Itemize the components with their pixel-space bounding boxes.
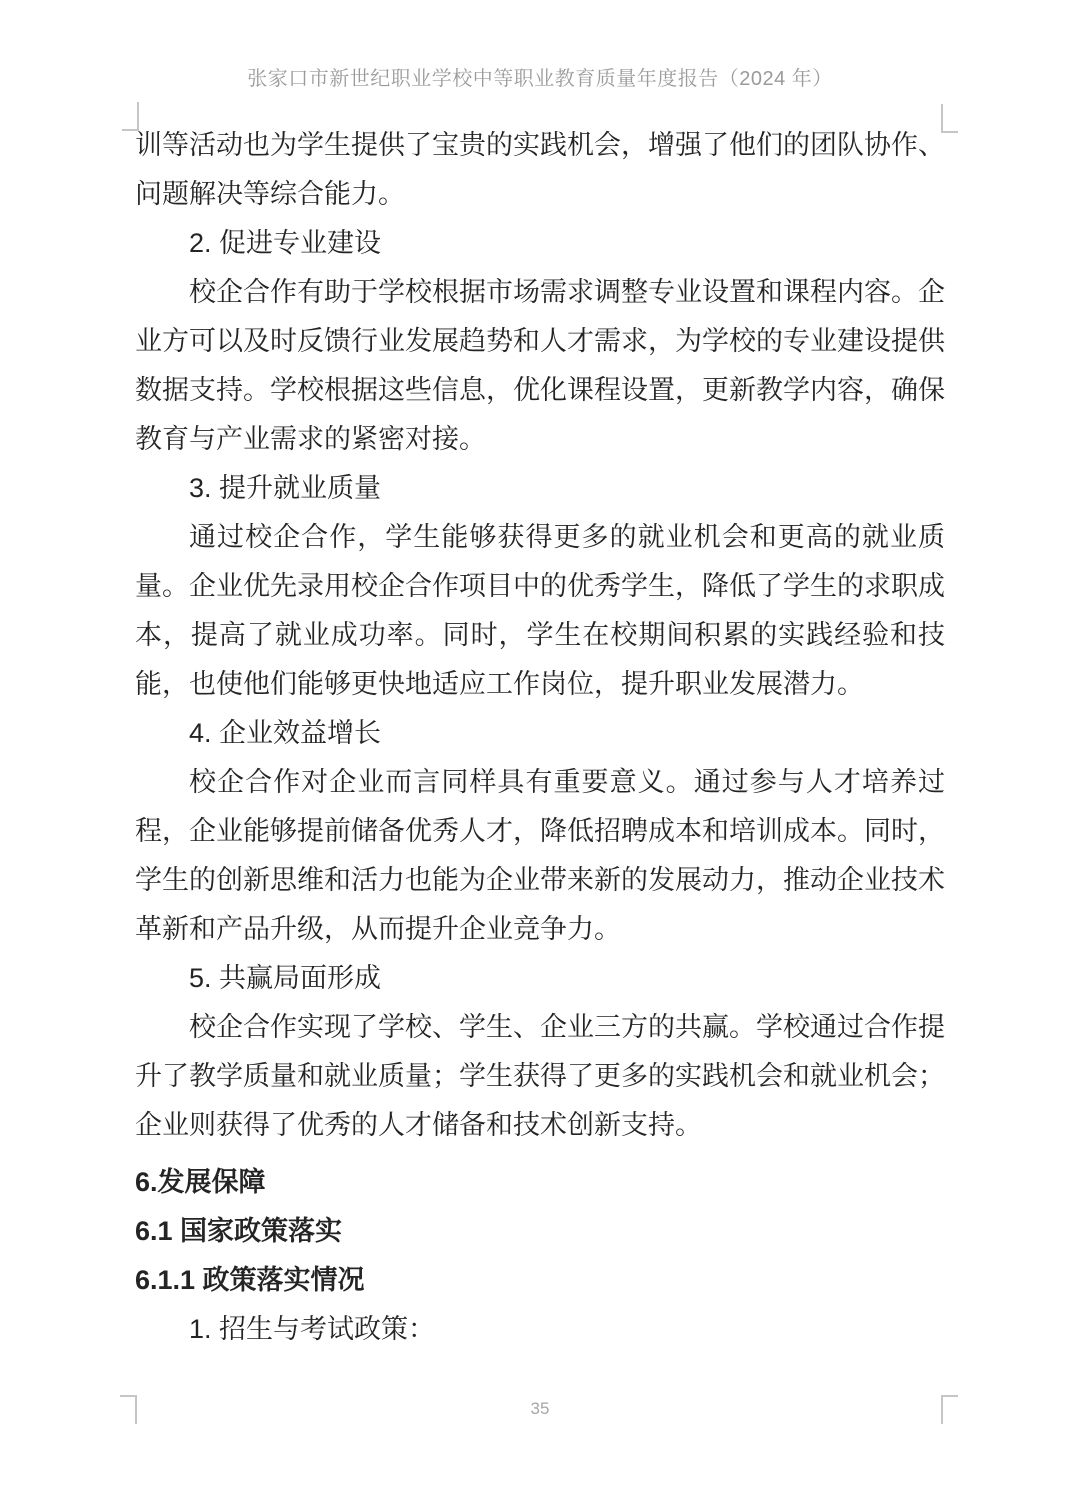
- subheading-enrollment-exam-policy: 1. 招生与考试政策：: [135, 1305, 945, 1354]
- subheading-improve-employment-quality: 3. 提升就业质量: [135, 464, 945, 513]
- paragraph-employment-quality: 通过校企合作，学生能够获得更多的就业机会和更高的就业质量。企业优先录用校企合作项…: [135, 513, 945, 709]
- page-number: 35: [0, 1399, 1080, 1419]
- paragraph-major-construction: 校企合作有助于学校根据市场需求调整专业设置和课程内容。企业方可以及时反馈行业发展…: [135, 268, 945, 464]
- subheading-win-win-situation: 5. 共赢局面形成: [135, 954, 945, 1003]
- page-header-title: 张家口市新世纪职业学校中等职业教育质量年度报告（2024 年）: [0, 62, 1080, 91]
- subheading-promote-major-construction: 2. 促进专业建设: [135, 219, 945, 268]
- document-body: 训等活动也为学生提供了宝贵的实践机会，增强了他们的团队协作、问题解决等综合能力。…: [135, 121, 945, 1354]
- heading-development-support: 6.发展保障: [135, 1158, 945, 1207]
- document-page: 张家口市新世纪职业学校中等职业教育质量年度报告（2024 年） 训等活动也为学生…: [0, 0, 1080, 1512]
- subheading-enterprise-benefit-growth: 4. 企业效益增长: [135, 709, 945, 758]
- heading-policy-implementation-status: 6.1.1 政策落实情况: [135, 1256, 945, 1305]
- paragraph-win-win: 校企合作实现了学校、学生、企业三方的共赢。学校通过合作提升了教学质量和就业质量；…: [135, 1003, 945, 1150]
- heading-national-policy-implementation: 6.1 国家政策落实: [135, 1207, 945, 1256]
- paragraph-enterprise-benefit: 校企合作对企业而言同样具有重要意义。通过参与人才培养过程，企业能够提前储备优秀人…: [135, 758, 945, 954]
- paragraph-practice-continuation: 训等活动也为学生提供了宝贵的实践机会，增强了他们的团队协作、问题解决等综合能力。: [135, 121, 945, 219]
